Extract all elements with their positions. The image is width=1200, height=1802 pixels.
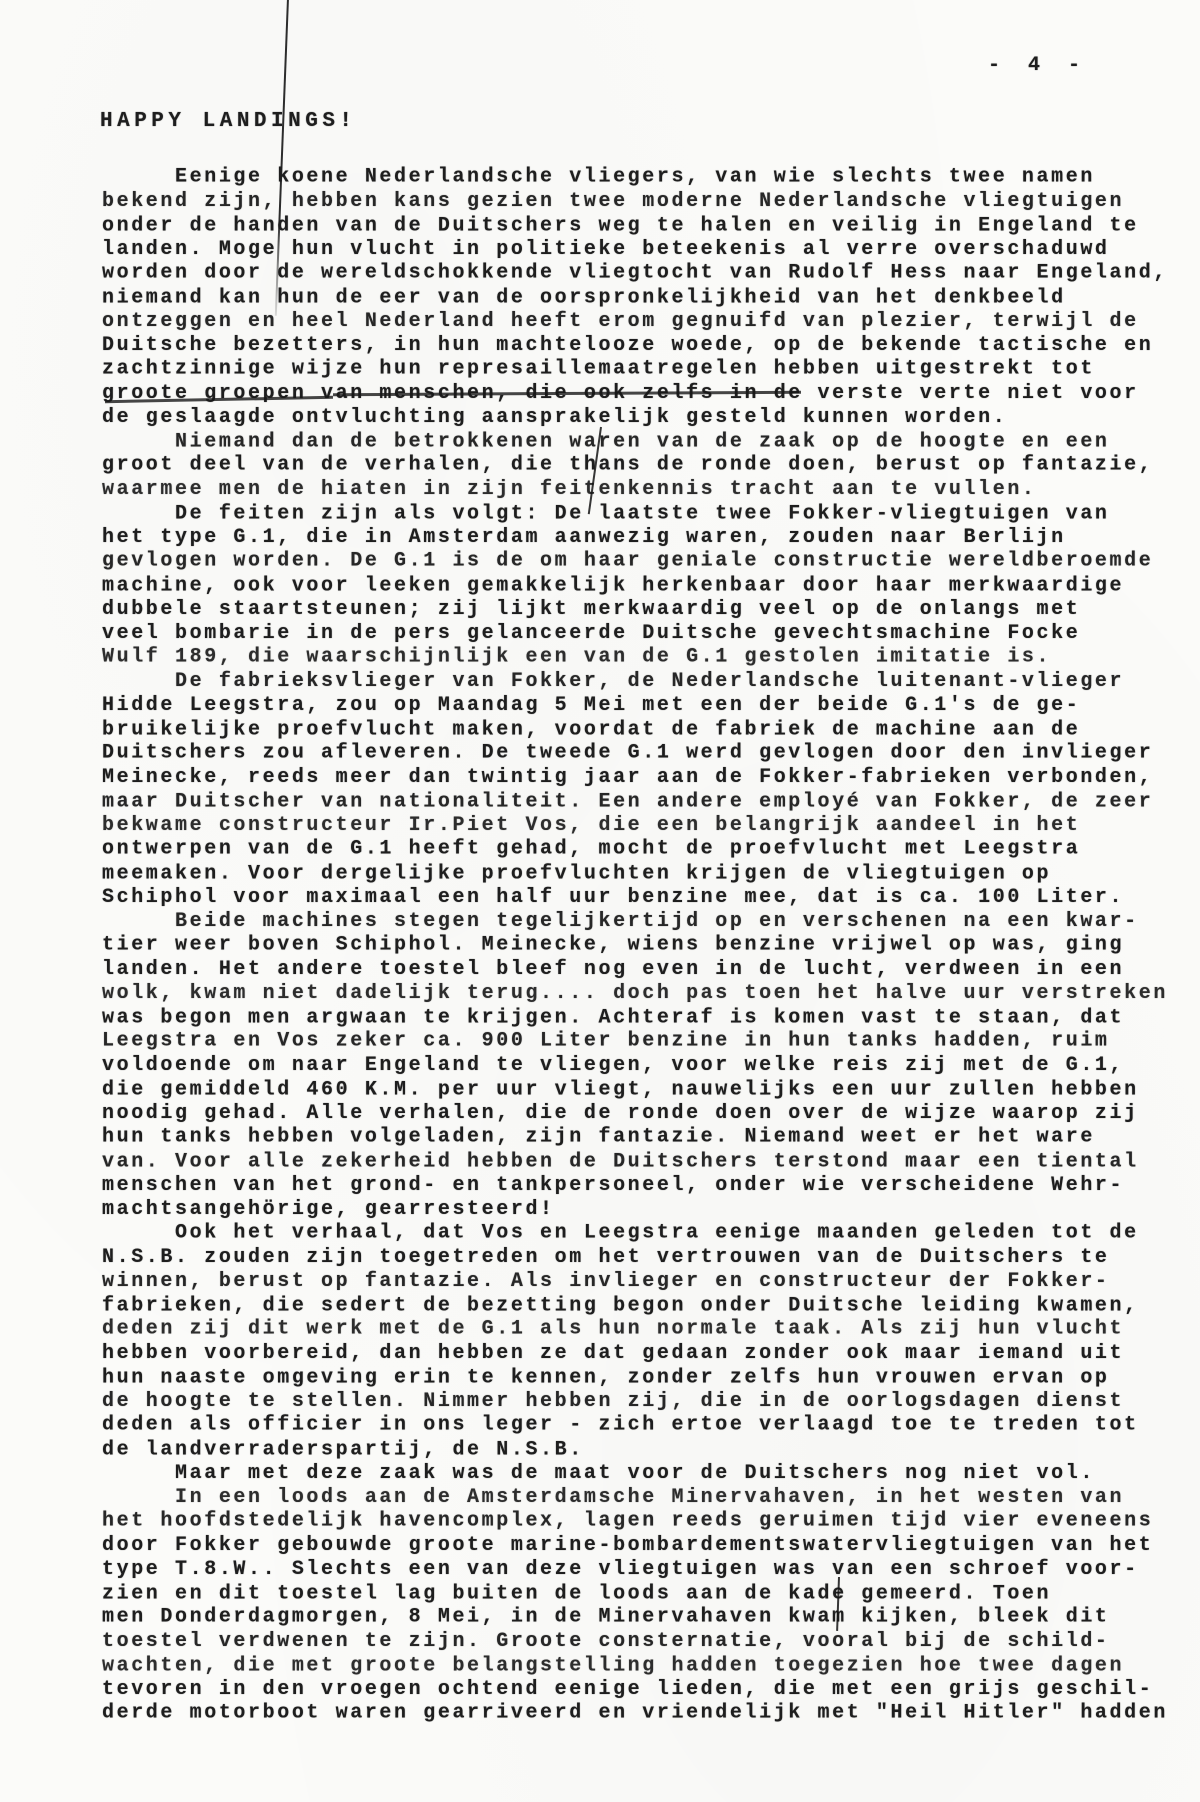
text-line: De feiten zijn als volgt: De laatste twe… xyxy=(102,502,1182,526)
text-line: van. Voor alle zekerheid hebben de Duits… xyxy=(102,1150,1182,1174)
text-line: fabrieken, die sedert de bezetting begon… xyxy=(102,1294,1182,1318)
text-line: zachtzinnige wijze hun represaillemaatre… xyxy=(102,358,1182,382)
text-line: bekend zijn, hebben kans gezien twee mod… xyxy=(102,190,1182,214)
text-line: tier weer boven Schiphol. Meinecke, wien… xyxy=(102,934,1182,958)
text-line: groot deel van de verhalen, die thans de… xyxy=(102,454,1182,478)
text-line: men Donderdagmorgen, 8 Mei, in de Minerv… xyxy=(102,1606,1182,1630)
text-line: noodig gehad. Alle verhalen, die de rond… xyxy=(102,1102,1182,1126)
text-line: die gemiddeld 460 K.M. per uur vliegt, n… xyxy=(102,1078,1182,1102)
text-line: gevlogen worden. De G.1 is de om haar ge… xyxy=(102,550,1182,574)
text-line: maar Duitscher van nationaliteit. Een an… xyxy=(102,790,1182,814)
text-line: de hoogte te stellen. Nimmer hebben zij,… xyxy=(102,1390,1182,1414)
text-line: het hoofdstedelijk havencomplex, lagen r… xyxy=(102,1510,1182,1534)
text-line: niemand kan hun de eer van de oorspronke… xyxy=(102,286,1182,310)
text-line: veel bombarie in de pers gelanceerde Dui… xyxy=(102,622,1182,646)
text-line: de geslaagde ontvluchting aansprakelijk … xyxy=(102,406,1182,430)
text-line: landen. Het andere toestel bleef nog eve… xyxy=(102,958,1182,982)
text-line: door Fokker gebouwde groote marine-bomba… xyxy=(102,1534,1182,1558)
text-line: Wulf 189, die waarschijnlijk een van de … xyxy=(102,646,1182,670)
text-line: N.S.B. zouden zijn toegetreden om het ve… xyxy=(102,1246,1182,1270)
text-line: winnen, berust op fantazie. Als invliege… xyxy=(102,1270,1182,1294)
text-line: bruikelijke proefvlucht maken, voordat d… xyxy=(102,718,1182,742)
text-line: Hidde Leegstra, zou op Maandag 5 Mei met… xyxy=(102,694,1182,718)
text-line: Duitsche bezetters, in hun machtelooze w… xyxy=(102,334,1182,358)
text-line: type T.8.W.. Slechts een van deze vliegt… xyxy=(102,1558,1182,1582)
text-line: In een loods aan de Amsterdamsche Minerv… xyxy=(102,1486,1182,1510)
text-line: tevoren in den vroegen ochtend eenige li… xyxy=(102,1678,1182,1702)
text-line: dubbele staartsteunen; zij lijkt merkwaa… xyxy=(102,598,1182,622)
text-line: Maar met deze zaak was de maat voor de D… xyxy=(102,1462,1182,1486)
text-line: ontwerpen van de G.1 heeft gehad, mocht … xyxy=(102,838,1182,862)
text-line: Eenige koene Nederlandsche vliegers, van… xyxy=(102,166,1182,190)
text-line: Duitschers zou afleveren. De tweede G.1 … xyxy=(102,742,1182,766)
text-line: De fabrieksvlieger van Fokker, de Nederl… xyxy=(102,670,1182,694)
text-line: machtsangehörige, gearresteerd! xyxy=(102,1198,1182,1222)
text-line: landen. Moge hun vlucht in politieke bet… xyxy=(102,238,1182,262)
text-line: toestel verdwenen te zijn. Groote conste… xyxy=(102,1630,1182,1654)
text-line: hun tanks hebben volgeladen, zijn fantaz… xyxy=(102,1126,1182,1150)
text-line: waarmee men de hiaten in zijn feitenkenn… xyxy=(102,478,1182,502)
document-page: - 4 - HAPPY LANDINGS! Eenige koene Neder… xyxy=(0,0,1200,1802)
text-line: Schiphol voor maximaal een half uur benz… xyxy=(102,886,1182,910)
text-line: onder de handen van de Duitschers weg te… xyxy=(102,214,1182,238)
text-line: bekwame constructeur Ir.Piet Vos, die ee… xyxy=(102,814,1182,838)
text-line: meemaken. Voor dergelijke proefvluchten … xyxy=(102,862,1182,886)
text-line: deden als officier in ons leger - zich e… xyxy=(102,1414,1182,1438)
text-line: derde motorboot waren gearriveerd en vri… xyxy=(102,1702,1182,1726)
text-line: de landverraderspartij, de N.S.B. xyxy=(102,1438,1182,1462)
text-line: Leegstra en Vos zeker ca. 900 Liter benz… xyxy=(102,1030,1182,1054)
text-line: deden zij dit werk met de G.1 als hun no… xyxy=(102,1318,1182,1342)
text-line: zien en dit toestel lag buiten de loods … xyxy=(102,1582,1182,1606)
text-line: menschen van het grond- en tankpersoneel… xyxy=(102,1174,1182,1198)
text-line: ontzeggen en heel Nederland heeft erom g… xyxy=(102,310,1182,334)
text-line: het type G.1, die in Amsterdam aanwezig … xyxy=(102,526,1182,550)
text-line: machine, ook voor leeken gemakkelijk her… xyxy=(102,574,1182,598)
text-line: was begon men argwaan te krijgen. Achter… xyxy=(102,1006,1182,1030)
text-line: Beide machines stegen tegelijkertijd op … xyxy=(102,910,1182,934)
page-number: - 4 - xyxy=(988,54,1088,77)
text-line: Ook het verhaal, dat Vos en Leegstra een… xyxy=(102,1222,1182,1246)
text-line: Niemand dan de betrokkenen waren van de … xyxy=(102,430,1182,454)
text-line: voldoende om naar Engeland te vliegen, v… xyxy=(102,1054,1182,1078)
page-title: HAPPY LANDINGS! xyxy=(100,110,357,133)
text-line: wolk, kwam niet dadelijk terug.... doch … xyxy=(102,982,1182,1006)
text-line: Meinecke, reeds meer dan twintig jaar aa… xyxy=(102,766,1182,790)
text-line: hun naaste omgeving erin te kennen, zond… xyxy=(102,1366,1182,1390)
text-line: worden door de wereldschokkende vliegtoc… xyxy=(102,262,1182,286)
text-line: hebben voorbereid, dan hebben ze dat ged… xyxy=(102,1342,1182,1366)
text-line: wachten, die met groote belangstelling h… xyxy=(102,1654,1182,1678)
